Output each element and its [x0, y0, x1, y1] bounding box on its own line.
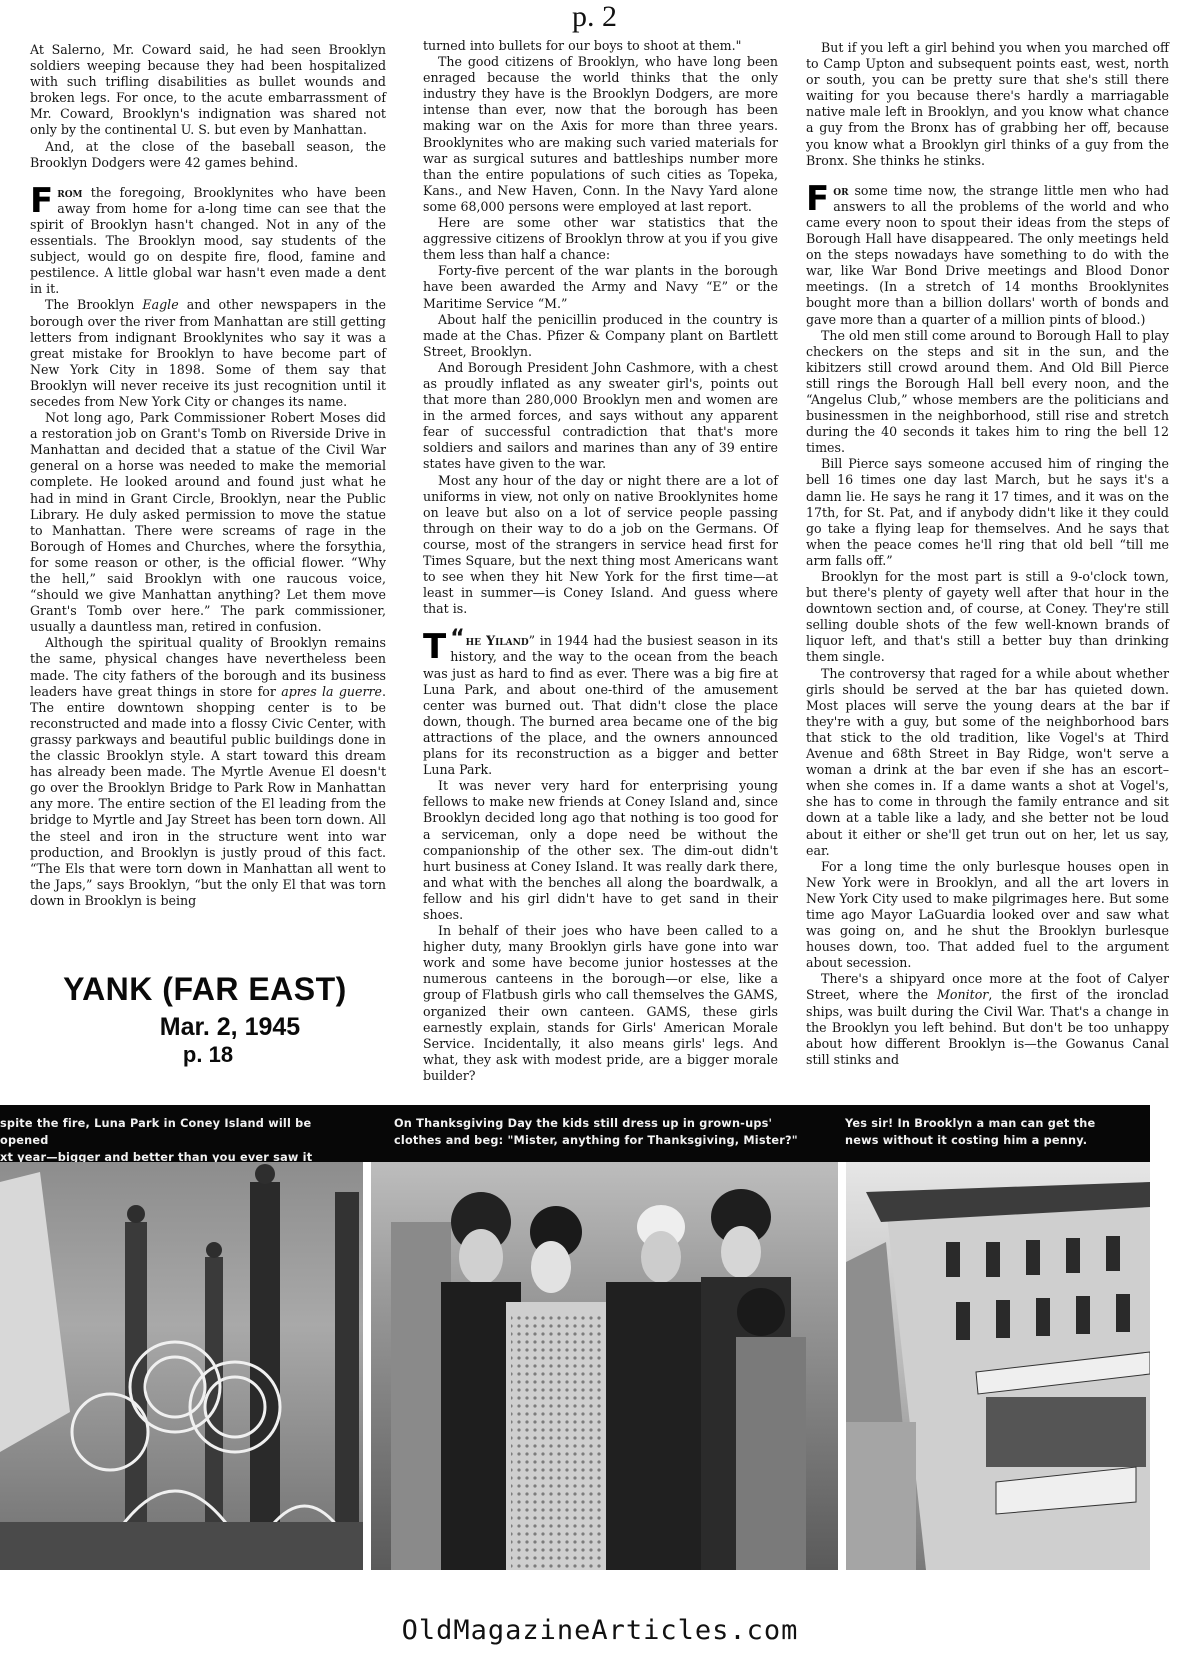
- text-run: and other newspapers in the borough over…: [30, 297, 386, 409]
- paragraph: Brooklyn for the most part is still a 9-…: [806, 569, 1169, 666]
- caption-thanksgiving-kids: On Thanksgiving Day the kids still dress…: [394, 1115, 814, 1149]
- paragraph: Not long ago, Park Commissioner Robert M…: [30, 410, 386, 635]
- luna-park-gate-illustration: [0, 1162, 363, 1570]
- footer-watermark: OldMagazineArticles.com: [0, 1615, 1200, 1647]
- paragraph: Bill Pierce says someone accused him of …: [806, 456, 1169, 569]
- drop-cap: F: [30, 187, 53, 215]
- italic-ship-name: Monitor: [937, 987, 988, 1002]
- italic-title: Eagle: [142, 297, 178, 312]
- paragraph: It was never very hard for enterprising …: [423, 778, 778, 923]
- paragraph: In behalf of their joes who have been ca…: [423, 923, 778, 1084]
- paragraph: And, at the close of the baseball season…: [30, 139, 386, 171]
- paragraph: And Borough President John Cashmore, wit…: [423, 360, 778, 473]
- small-caps-lead: he Yiland: [466, 633, 529, 648]
- paragraph-dropcap: For some time now, the strange little me…: [806, 183, 1169, 328]
- paragraph: Although the spiritual quality of Brookl…: [30, 635, 386, 909]
- paragraph: The controversy that raged for a while a…: [806, 666, 1169, 859]
- citizen-news-building-illustration: [846, 1162, 1150, 1570]
- photo-luna-park: [0, 1162, 363, 1570]
- drop-cap: T: [423, 633, 446, 661]
- paragraph: But if you left a girl behind you when y…: [806, 40, 1169, 169]
- paragraph: Here are some other war statistics that …: [423, 215, 778, 263]
- paragraph: About half the penicillin produced in th…: [423, 312, 778, 360]
- photo-thanksgiving-kids: [371, 1162, 840, 1570]
- paragraph-text: some time now, the strange little men wh…: [806, 183, 1169, 327]
- caption-citizen-news: Yes sir! In Brooklyn a man can get the n…: [845, 1115, 1145, 1149]
- paragraph: At Salerno, Mr. Coward said, he had seen…: [30, 42, 386, 139]
- paragraph: The good citizens of Brooklyn, who have …: [423, 54, 778, 215]
- photo-caption-strip: spite the fire, Luna Park in Coney Islan…: [0, 1105, 1150, 1162]
- small-caps-lead: rom: [57, 185, 82, 200]
- italic-phrase: apres la guerre: [281, 684, 382, 699]
- photo-divider: [838, 1162, 846, 1570]
- drop-cap: F: [806, 185, 829, 213]
- article-column-1: At Salerno, Mr. Coward said, he had seen…: [30, 42, 386, 909]
- paragraph: Forty-five percent of the war plants in …: [423, 263, 778, 311]
- children-group-illustration: [371, 1162, 840, 1570]
- publication-date: Mar. 2, 1945: [40, 1012, 370, 1042]
- page-number: p. 2: [572, 0, 617, 34]
- text-run: . The entire downtown shopping center is…: [30, 684, 386, 908]
- small-caps-lead: or: [833, 183, 848, 198]
- source-citation: YANK (FAR EAST) Mar. 2, 1945 p. 18: [40, 970, 370, 1068]
- photo-divider: [363, 1162, 371, 1570]
- paragraph: For a long time the only burlesque house…: [806, 859, 1169, 972]
- paragraph-text: ” in 1944 had the busiest season in its …: [423, 633, 778, 777]
- open-quote-mark: “: [450, 626, 464, 651]
- paragraph: Most any hour of the day or night there …: [423, 473, 778, 618]
- article-column-2: turned into bullets for our boys to shoo…: [423, 38, 778, 1084]
- paragraph: The Brooklyn Eagle and other newspapers …: [30, 297, 386, 410]
- paragraph-text: the foregoing, Brooklynites who have bee…: [30, 185, 386, 297]
- paragraph: The old men still come around to Borough…: [806, 328, 1169, 457]
- article-column-3: But if you left a girl behind you when y…: [806, 40, 1169, 1068]
- paragraph-dropcap: From the foregoing, Brooklynites who hav…: [30, 185, 386, 298]
- paragraph: turned into bullets for our boys to shoo…: [423, 38, 778, 54]
- paragraph-dropcap: “The Yiland” in 1944 had the busiest sea…: [423, 631, 778, 778]
- paragraph: There's a shipyard once more at the foot…: [806, 971, 1169, 1068]
- publication-page: p. 18: [40, 1042, 370, 1068]
- publication-title: YANK (FAR EAST): [40, 970, 370, 1008]
- photo-citizen-news-building: [846, 1162, 1150, 1570]
- text-run: The Brooklyn: [45, 297, 142, 312]
